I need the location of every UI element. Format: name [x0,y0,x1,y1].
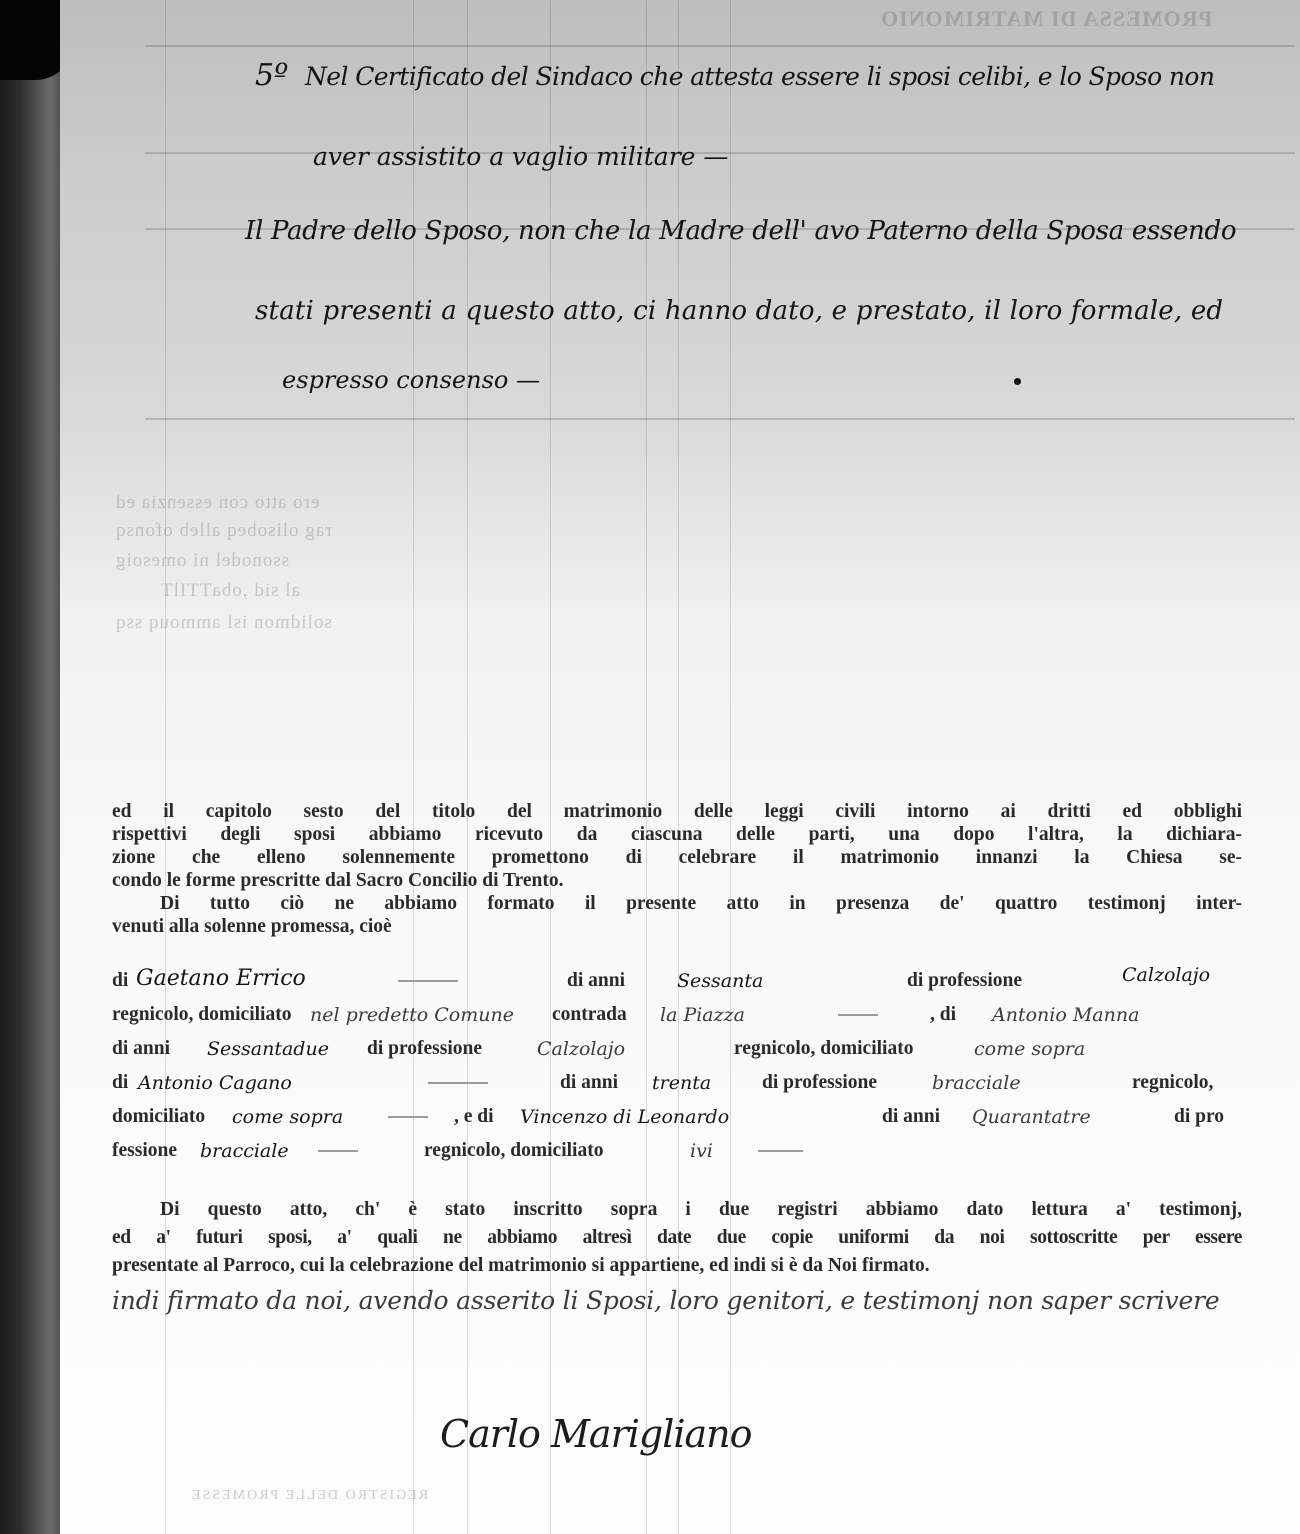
witness-2-profession: Calzolajo [537,1038,625,1060]
printed-line: venuti alla solenne promessa, cioè [112,915,1242,938]
witness-row-4: di Antonio Cagano di anni trenta di prof… [112,1066,1242,1100]
label-regnicolo-domiciliato: regnicolo, domiciliato [112,1004,291,1026]
closing-line: Di questo atto, ch' è stato inscritto so… [112,1196,1242,1224]
printed-line: rispettivi degli sposi abbiamo ricevuto … [112,823,1242,846]
ruled-line [145,45,1295,47]
label-di-anni: di anni [112,1038,170,1060]
printed-line: zione che elleno solennemente promettono… [112,846,1242,869]
printed-line: Di tutto ciò ne abbiamo formato il prese… [112,892,1242,915]
printed-body: ed il capitolo sesto del titolo del matr… [112,800,1242,938]
official-signature: Carlo Marigliano [440,1412,752,1456]
blank-dash [318,1150,358,1152]
label-e-di: , e di [454,1106,494,1128]
blank-dash [398,980,458,982]
witness-3-age: trenta [652,1072,711,1094]
witness-1-age: Sessanta [677,970,763,992]
witness-4-age: Quarantatre [972,1106,1091,1128]
witness-3-residence: come sopra [232,1106,343,1128]
handwritten-addendum: indi firmato da noi, avendo asserito li … [112,1286,1219,1315]
witness-1-name: Gaetano Errico [136,966,306,991]
handwritten-line: Nel Certificato del Sindaco che attesta … [305,62,1214,91]
label-regnicolo: regnicolo, [1132,1072,1213,1094]
bleed-through-footer: REGISTRO DELLE PROMESSE [190,1488,428,1504]
closing-line: ed a' futuri sposi, a' quali ne abbiamo … [112,1224,1242,1252]
ink-blot [1014,378,1021,385]
label-di-professione: di professione [907,970,1022,992]
ruled-line [145,418,1295,420]
label-di-pro: di pro [1174,1106,1224,1128]
witness-3-name: Antonio Cagano [138,1072,292,1094]
label-di: di [112,970,128,992]
handwritten-line: aver assistito a vaglio militare — [313,142,728,171]
witness-1-profession: Calzolajo [1122,964,1210,986]
blank-dash [838,1014,878,1016]
closing-paragraph: Di questo atto, ch' è stato inscritto so… [112,1196,1242,1280]
witness-row-1: di Gaetano Errico di anni Sessanta di pr… [112,964,1242,998]
label-di-professione: di professione [367,1038,482,1060]
bleed-through-header: PROMESSA DI MATRIMONIO [880,6,1212,32]
blank-dash [758,1150,803,1152]
label-regnicolo-domiciliato: regnicolo, domiciliato [734,1038,913,1060]
witness-row-3: di anni Sessantadue di professione Calzo… [112,1032,1242,1066]
label-di-anni: di anni [882,1106,940,1128]
handwritten-item-number: 5º [255,58,288,93]
bleed-through-line: ssonodel ni omesoig [115,550,289,572]
witness-2-age: Sessantadue [207,1038,329,1060]
printed-line: ed il capitolo sesto del titolo del matr… [112,800,1242,823]
bleed-through-line: solidmon isl ammouq ssq [115,612,332,634]
bleed-through-line: rag olisobeq alleb ofonsq [115,520,332,542]
handwritten-line: stati presenti a questo atto, ci hanno d… [255,296,1223,326]
label-fessione: fessione [112,1140,177,1162]
blank-dash [428,1082,488,1084]
label-regnicolo-domiciliato: regnicolo, domiciliato [424,1140,603,1162]
blank-dash [388,1116,428,1118]
witness-4-profession: bracciale [200,1140,289,1162]
witness-2-name: Antonio Manna [992,1004,1139,1026]
label-di-anni: di anni [560,1072,618,1094]
handwritten-line: espresso consenso — [282,366,540,394]
label-di-professione: di professione [762,1072,877,1094]
label-di-anni: di anni [567,970,625,992]
witness-row-5: domiciliato come sopra , e di Vincenzo d… [112,1100,1242,1134]
witness-row-2: regnicolo, domiciliato nel predetto Comu… [112,998,1242,1032]
label-contrada: contrada [552,1004,627,1026]
bleed-through-line: al sid ,obaTTIlT [160,580,300,602]
label-comma-di: , di [930,1004,956,1026]
witness-3-profession: bracciale [932,1072,1021,1094]
printed-line: condo le forme prescritte dal Sacro Conc… [112,869,1242,892]
label-domiciliato: domiciliato [112,1106,205,1128]
witness-row-6: fessione bracciale regnicolo, domiciliat… [112,1134,1242,1168]
handwritten-line: Il Padre dello Sposo, non che la Madre d… [245,216,1236,246]
label-di: di [112,1072,128,1094]
witness-1-residence: nel predetto Comune [310,1004,514,1026]
witness-4-name: Vincenzo di Leonardo [520,1106,729,1128]
closing-line: presentate al Parroco, cui la celebrazio… [112,1252,1242,1280]
witness-1-street: la Piazza [660,1004,745,1026]
bleed-through-line: ero atto con essenzia ed [115,492,319,514]
witness-2-residence: come sopra [974,1038,1085,1060]
witness-4-residence: ivi [690,1140,713,1162]
witness-section: di Gaetano Errico di anni Sessanta di pr… [112,964,1242,1168]
